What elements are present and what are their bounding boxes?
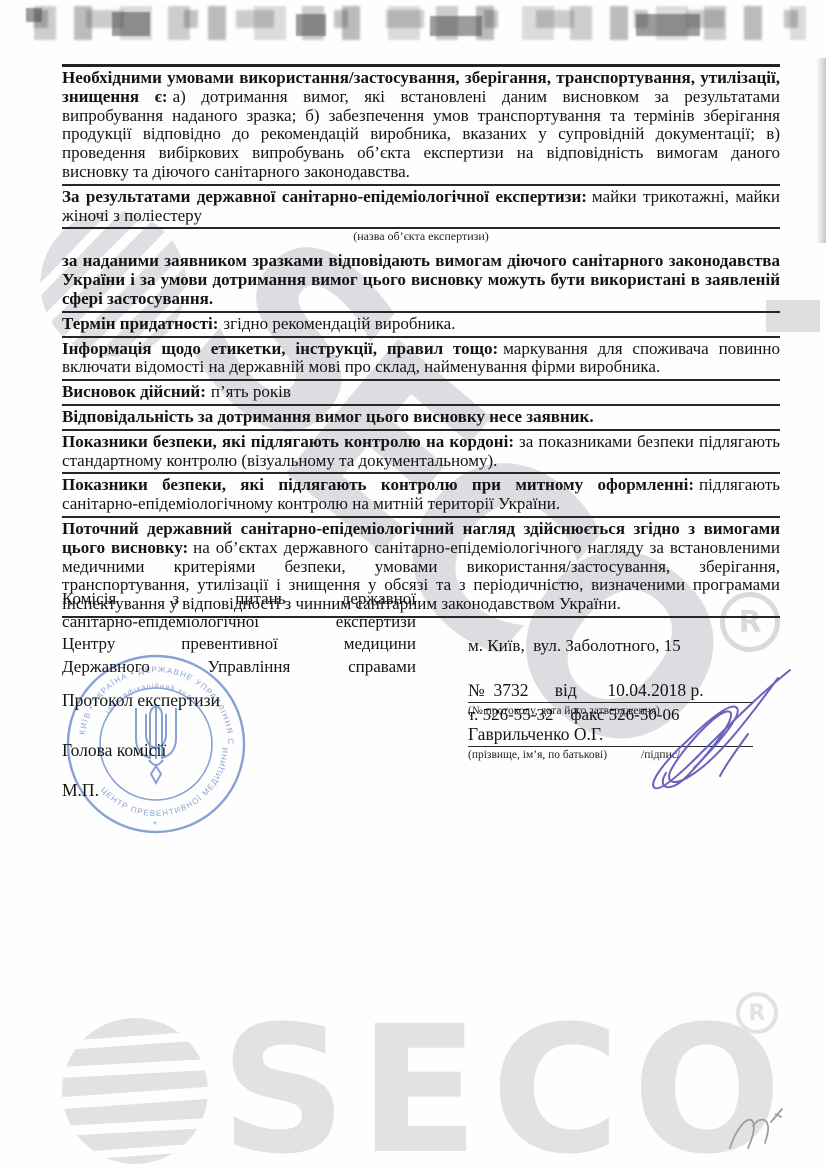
row-compliance: за наданими заявником зразками відповіда… — [62, 250, 780, 312]
row-text: п’ять років — [211, 382, 291, 401]
row-validity: Висновок дійсний:п’ять років — [62, 381, 780, 406]
row-expertise-result: За результатами державної санітарно-епід… — [62, 186, 780, 230]
protocol-label: Протокол експертизи — [62, 690, 220, 711]
registered-letter: R — [749, 1001, 766, 1026]
seco-wordmark: SECO — [220, 1016, 794, 1166]
row-border-control: Показники безпеки, які підлягають контро… — [62, 431, 780, 475]
row-lead: Висновок дійсний: — [62, 382, 211, 401]
scan-edge-shadow — [816, 58, 826, 243]
row-shelf-life: Термін придатності:згідно рекомендацій в… — [62, 313, 780, 338]
commission-line: Державного Управління справами — [62, 656, 416, 679]
scan-smudge — [112, 12, 150, 36]
conclusion-table: Необхідними умовами використання/застосу… — [62, 64, 780, 618]
object-name-caption: (назва об’єкта експертизи) — [62, 229, 780, 250]
scan-smudge — [26, 8, 42, 22]
name-caption: (прізвище, ім’я, по батькові) — [468, 749, 607, 762]
seco-logo: SECO — [60, 1016, 794, 1166]
row-responsibility: Відповідальність за дотримання вимог цьо… — [62, 406, 780, 431]
commission-line: санітарно-епідеміологічної експертизи — [62, 611, 416, 634]
scan-smudge — [636, 14, 700, 36]
scan-smudge — [430, 16, 482, 36]
row-lead: Показники безпеки, які підлягають контро… — [62, 475, 699, 494]
pencil-mark — [722, 1104, 800, 1169]
document-page: S E C O R Необхідними умовами використан… — [0, 0, 826, 1170]
commission-line: Центру превентивної медицини — [62, 633, 416, 656]
scan-smudge — [296, 14, 326, 36]
commission-block: Комісія з питань державної санітарно-епі… — [62, 588, 416, 678]
row-text: згідно рекомендацій виробника. — [223, 314, 455, 333]
row-lead: Термін придатності: — [62, 314, 223, 333]
address-line: м. Київ, вул. Заболотного, 15 — [468, 634, 768, 657]
chairman-label: Голова комісії — [62, 740, 166, 761]
row-label-info: Інформація щодо етикетки, інструкції, пр… — [62, 338, 780, 382]
row-lead: За результатами державної санітарно-епід… — [62, 187, 592, 206]
registered-trademark-icon: R — [736, 992, 778, 1034]
row-lead: Показники безпеки, які підлягають контро… — [62, 432, 519, 451]
seal-place-label: М.П. — [62, 780, 99, 801]
stamp-star: * — [153, 820, 158, 831]
row-customs-control: Показники безпеки, які підлягають контро… — [62, 474, 780, 518]
row-lead: Інформація щодо етикетки, інструкції, пр… — [62, 339, 503, 358]
row-conditions: Необхідними умовами використання/застосу… — [62, 67, 780, 186]
seco-globe-icon — [60, 1016, 210, 1166]
handwritten-signature — [628, 664, 796, 807]
commission-line: Комісія з питань державної — [62, 588, 416, 611]
